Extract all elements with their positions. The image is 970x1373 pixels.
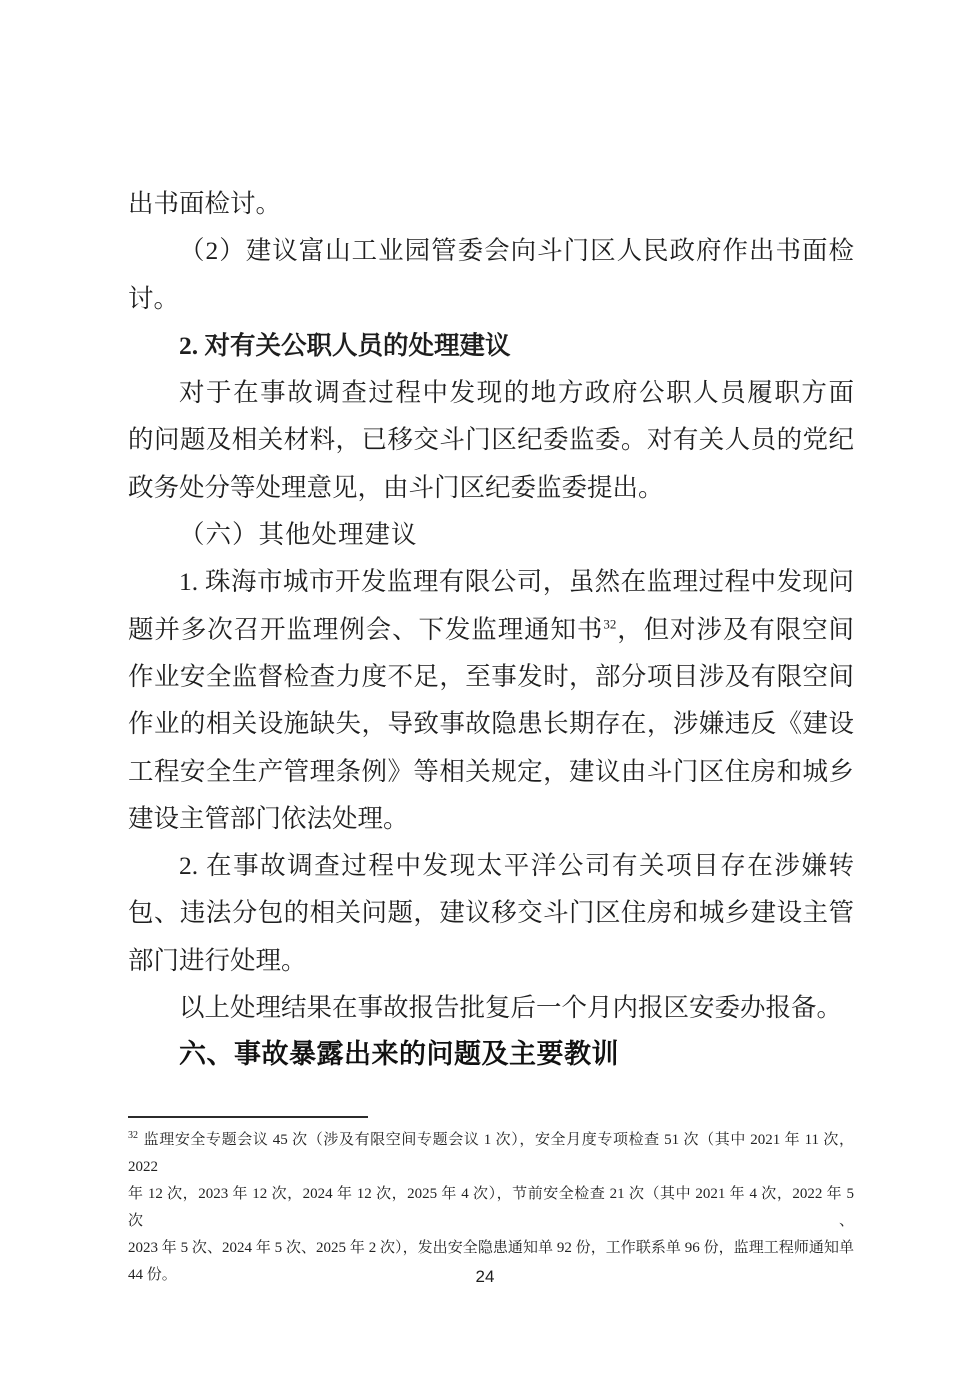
body-text-line: 作业的相关设施缺失，导致事故隐患长期存在，涉嫌违反《建设 <box>128 700 854 747</box>
footnote-reference: 32 <box>603 616 616 631</box>
body-text-line: 的问题及相关材料，已移交斗门区纪委监委。对有关人员的党纪 <box>128 416 854 463</box>
document-body: 出书面检讨。（2）建议富山工业园管委会向斗门区人民政府作出书面检讨。2. 对有关… <box>128 180 854 1079</box>
body-text-line: 包、违法分包的相关问题，建议移交斗门区住房和城乡建设主管 <box>128 889 854 936</box>
subsection-heading: 2. 对有关公职人员的处理建议 <box>128 322 854 369</box>
body-text-line: 讨。 <box>128 275 854 322</box>
clause-heading: （六）其他处理建议 <box>128 511 854 558</box>
page-number: 24 <box>0 1267 970 1287</box>
footnote-area: 32监理安全专题会议 45 次（涉及有限空间专题会议 1 次），安全月度专项检查… <box>128 1116 854 1289</box>
body-text-line: 以上处理结果在事故报告批复后一个月内报区安委办报备。 <box>128 984 854 1031</box>
body-text-line: 政务处分等处理意见，由斗门区纪委监委提出。 <box>128 464 854 511</box>
section-heading: 六、事故暴露出来的问题及主要教训 <box>128 1031 854 1078</box>
body-text-line: 对于在事故调查过程中发现的地方政府公职人员履职方面 <box>128 369 854 416</box>
footnote-line: 2023 年 5 次、2024 年 5 次、2025 年 2 次），发出安全隐患… <box>128 1235 854 1262</box>
body-text-line: （2）建议富山工业园管委会向斗门区人民政府作出书面检 <box>128 227 854 274</box>
footnote-text-block: 32监理安全专题会议 45 次（涉及有限空间专题会议 1 次），安全月度专项检查… <box>128 1127 854 1289</box>
body-text-line: 1. 珠海市城市开发监理有限公司，虽然在监理过程中发现问 <box>128 558 854 605</box>
body-text-line: 作业安全监督检查力度不足，至事发时，部分项目涉及有限空间 <box>128 653 854 700</box>
footnote-marker: 32 <box>128 1130 138 1141</box>
body-text-line: 出书面检讨。 <box>128 180 854 227</box>
footnote-line: 年 12 次，2023 年 12 次，2024 年 12 次，2025 年 4 … <box>128 1181 854 1235</box>
footnote-separator <box>128 1116 368 1118</box>
body-text-line: 题并多次召开监理例会、下发监理通知书32，但对涉及有限空间 <box>128 606 854 653</box>
body-text-line: 工程安全生产管理条例》等相关规定，建议由斗门区住房和城乡 <box>128 748 854 795</box>
body-text-line: 2. 在事故调查过程中发现太平洋公司有关项目存在涉嫌转 <box>128 842 854 889</box>
footnote-line: 32监理安全专题会议 45 次（涉及有限空间专题会议 1 次），安全月度专项检查… <box>128 1127 854 1181</box>
body-text-line: 部门进行处理。 <box>128 937 854 984</box>
document-page: 出书面检讨。（2）建议富山工业园管委会向斗门区人民政府作出书面检讨。2. 对有关… <box>0 0 970 1373</box>
body-text-line: 建设主管部门依法处理。 <box>128 795 854 842</box>
